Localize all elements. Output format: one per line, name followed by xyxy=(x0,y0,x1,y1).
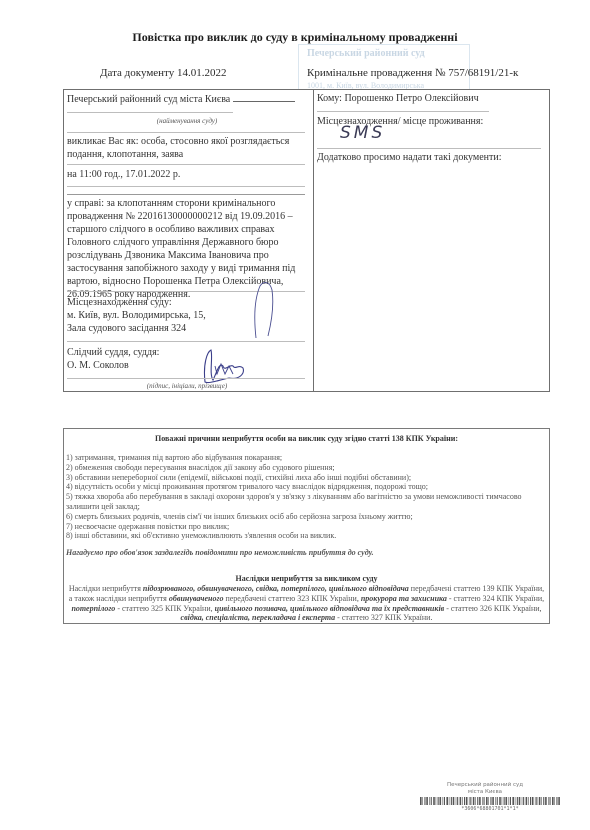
reasons-title: Поважні причини неприбуття особи на викл… xyxy=(64,434,549,444)
summons-table: Печерський районний суд міста Києва (най… xyxy=(63,89,550,392)
absence-reasons-box: Поважні причини неприбуття особи на викл… xyxy=(63,428,550,624)
consequences-emphasis: цивільного позивача, цивільного відповід… xyxy=(215,604,445,613)
reason-item: 1) затримання, тримання під вартою або в… xyxy=(66,453,543,463)
barcode-icon xyxy=(420,797,560,805)
stamp-line-1: Печерський районний суд xyxy=(307,47,461,61)
reason-item: 2) обмеження свободи пересування внаслід… xyxy=(66,463,543,473)
consequences-emphasis: обвинуваченого xyxy=(169,594,224,603)
court-name-row: Печерський районний суд міста Києва xyxy=(67,92,307,106)
divider xyxy=(67,341,305,342)
reminder-note: Нагадуємо про обов'язок заздалегідь пові… xyxy=(66,548,374,558)
consequences-emphasis: підозрюваного, обвинуваченого, свідка, п… xyxy=(143,584,409,593)
reason-item: 4) відсутність особи у місці проживання … xyxy=(66,482,543,492)
consequences-emphasis: свідка, спеціаліста, перекладача і експе… xyxy=(181,613,336,622)
consequences-title: Наслідки неприбуття за викликом суду xyxy=(64,574,549,584)
divider xyxy=(67,132,305,133)
summons-right-column: Кому: Порошенко Петро Олексійович Місцез… xyxy=(314,90,549,391)
consequences-emphasis: потерпілого xyxy=(71,604,115,613)
consequences-part: - статтею 327 КПК України. xyxy=(335,613,432,622)
consequences-part: - статтею 326 КПК України, xyxy=(444,604,541,613)
reasons-list: 1) затримання, тримання під вартою або в… xyxy=(66,453,543,541)
reason-item: 5) тяжка хвороба або перебування в закла… xyxy=(66,492,543,512)
summons-role: викликає Вас як: особа, стосовно якої ро… xyxy=(67,135,307,161)
court-name-blank xyxy=(233,92,295,102)
divider xyxy=(67,164,305,165)
reason-item: 3) обставини непереборної сили (епідемії… xyxy=(66,473,543,483)
reason-item: 6) смерть близьких родичів, членів сім'ї… xyxy=(66,512,543,522)
recipient: Кому: Порошенко Петро Олексійович xyxy=(317,92,543,105)
divider xyxy=(317,148,541,149)
case-number: Кримінальне провадження № 757/68191/21-к xyxy=(307,67,518,79)
footer-organization: Печерський районний суд міста Києва xyxy=(430,782,540,796)
footer-org-line-2: міста Києва xyxy=(430,789,540,796)
court-name-caption: (найменування суду) xyxy=(67,115,307,128)
reason-item: 8) інші обставини, які об'єктивно унемож… xyxy=(66,531,543,541)
consequences-part: - статтею 324 КПК України, xyxy=(447,594,544,603)
consequences-part: Наслідки неприбуття xyxy=(69,584,143,593)
judge-label: Слідчий суддя, суддя: xyxy=(67,346,307,359)
divider xyxy=(67,378,305,379)
footer-org-line-1: Печерський районний суд xyxy=(430,782,540,789)
summons-left-column: Печерський районний суд міста Києва (най… xyxy=(64,90,314,391)
consequences-part: передбачені статтею 323 КПК України, xyxy=(223,594,360,603)
judge-name: О. М. Соколов xyxy=(67,359,307,372)
barcode-number: *3606*68801701*1*1* xyxy=(420,806,560,812)
document-title: Повістка про виклик до суду в кримінальн… xyxy=(0,30,590,45)
consequences-part: - статтею 325 КПК України, xyxy=(115,604,214,613)
divider xyxy=(67,194,305,195)
hearing-time: на 11:00 год., 17.01.2022 р. xyxy=(67,168,307,181)
signature-caption: (підпис, ініціали, прізвище) xyxy=(67,380,307,393)
divider xyxy=(67,112,233,113)
consequences-emphasis: прокурора та захисника xyxy=(361,594,447,603)
consequences-text: Наслідки неприбуття підозрюваного, обвин… xyxy=(68,584,545,623)
residence-handwritten: SMS xyxy=(340,127,543,140)
handwritten-stroke-icon xyxy=(252,280,276,340)
divider xyxy=(317,111,489,112)
documents-label: Додатково просимо надати такі документи: xyxy=(317,151,543,164)
document-date: Дата документу 14.01.2022 xyxy=(100,67,226,79)
court-name: Печерський районний суд міста Києва xyxy=(67,94,230,105)
divider xyxy=(67,186,305,187)
reason-item: 7) несвоєчасне одержання повістки про ви… xyxy=(66,522,543,532)
